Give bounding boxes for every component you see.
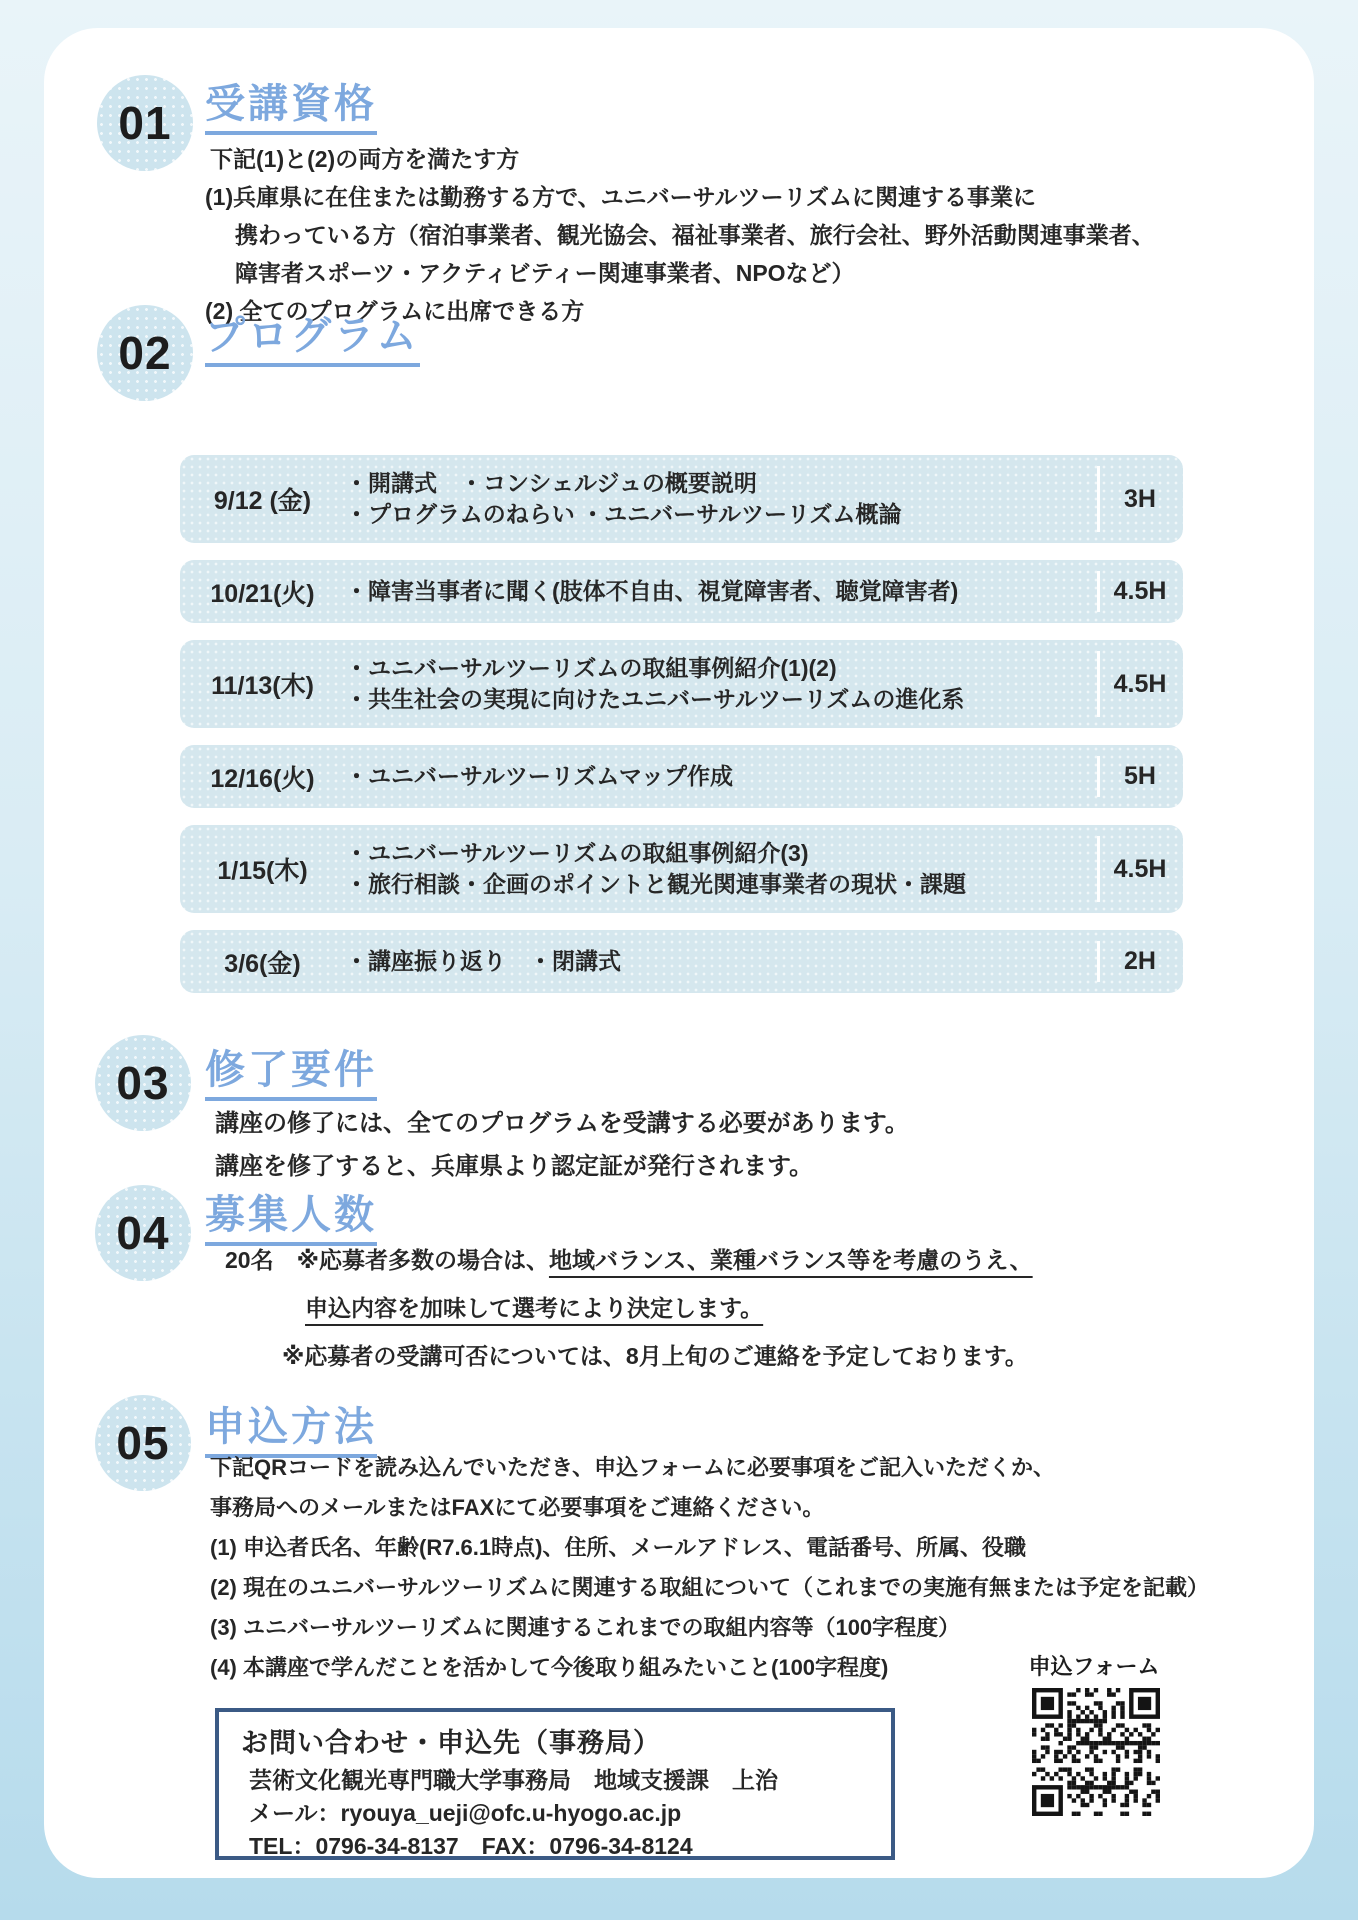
contact-email: メール：ryouya_ueji@ofc.u-hyogo.ac.jp xyxy=(241,1797,891,1830)
section-03-title: 修了要件 xyxy=(205,1048,377,1101)
eligibility-line: 携わっている方（宿泊事業者、観光協会、福祉事業者、旅行会社、野外活動関連事業者、 xyxy=(205,216,1275,254)
section-02-title: プログラム xyxy=(205,314,420,367)
apply-line: (1) 申込者氏名、年齢(R7.6.1時点)、住所、メールアドレス、電話番号、所… xyxy=(210,1528,1290,1568)
completion-line: 講座を修了すると、兵庫県より認定証が発行されます。 xyxy=(215,1145,1265,1188)
section-03-body: 講座の修了には、全てのプログラムを受講する必要があります。 講座を修了すると、兵… xyxy=(215,1102,1265,1188)
program-content: ・開講式 ・コンシェルジュの概要説明 ・プログラムのねらい ・ユニバーサルツーリ… xyxy=(345,468,1097,530)
capacity-underlined: 地域バランス、業種バランス等を考慮のうえ、 xyxy=(549,1247,1033,1273)
program-content-line: ・障害当事者に聞く(肢体不自由、視覚障害者、聴覚障害者) xyxy=(345,576,1097,607)
section-01-number-badge: 01 xyxy=(97,75,193,171)
section-04-number-badge: 04 xyxy=(95,1185,191,1281)
program-date: 12/16(火) xyxy=(180,759,345,795)
contact-box: お問い合わせ・申込先（事務局） 芸術文化観光専門職大学事務局 地域支援課 上治 … xyxy=(215,1708,895,1860)
program-content: ・障害当事者に聞く(肢体不自由、視覚障害者、聴覚障害者) xyxy=(345,576,1097,607)
program-table: 9/12 (金) ・開講式 ・コンシェルジュの概要説明 ・プログラムのねらい ・… xyxy=(180,455,1183,1010)
section-04-body: 20名 ※応募者多数の場合は、地域バランス、業種バランス等を考慮のうえ、 申込内… xyxy=(225,1246,1033,1389)
eligibility-line: 障害者スポーツ・アクティビティー関連事業者、NPOなど） xyxy=(205,254,1275,292)
program-content-line: ・共生社会の実現に向けたユニバーサルツーリズムの進化系 xyxy=(345,684,1097,715)
apply-line: 事務局へのメールまたはFAXにて必要事項をご連絡ください。 xyxy=(210,1488,1290,1528)
section-03-number-badge: 03 xyxy=(95,1035,191,1131)
program-content: ・ユニバーサルツーリズムの取組事例紹介(1)(2) ・共生社会の実現に向けたユニ… xyxy=(345,653,1097,715)
program-date: 9/12 (金) xyxy=(180,481,345,517)
capacity-prefix: 20名 ※応募者多数の場合は、 xyxy=(225,1247,549,1273)
section-02-number-badge: 02 xyxy=(97,305,193,401)
program-row: 10/21(火) ・障害当事者に聞く(肢体不自由、視覚障害者、聴覚障害者) 4.… xyxy=(180,560,1183,623)
apply-line: (3) ユニバーサルツーリズムに関連するこれまでの取組内容等（100字程度） xyxy=(210,1608,1290,1648)
section-01-title: 受講資格 xyxy=(205,82,377,135)
program-content: ・講座振り返り ・閉講式 xyxy=(345,946,1097,977)
completion-line: 講座の修了には、全てのプログラムを受講する必要があります。 xyxy=(215,1102,1265,1145)
program-row: 11/13(木) ・ユニバーサルツーリズムの取組事例紹介(1)(2) ・共生社会… xyxy=(180,640,1183,728)
contact-org: 芸術文化観光専門職大学事務局 地域支援課 上治 xyxy=(241,1764,891,1797)
flyer-card: 01 受講資格 下記(1)と(2)の両方を満たす方 (1)兵庫県に在住または勤務… xyxy=(44,28,1314,1878)
capacity-line: 申込内容を加味して選考により決定します。 xyxy=(305,1294,1033,1323)
apply-line: (2) 現在のユニバーサルツーリズムに関連する取組について（これまでの実施有無ま… xyxy=(210,1568,1290,1608)
program-content-line: ・ユニバーサルツーリズムの取組事例紹介(1)(2) xyxy=(345,653,1097,684)
capacity-line: ※応募者の受講可否については、8月上旬のご連絡を予定しております。 xyxy=(282,1342,1033,1371)
program-content-line: ・旅行相談・企画のポイントと観光関連事業者の現状・課題 xyxy=(345,869,1097,900)
program-content-line: ・開講式 ・コンシェルジュの概要説明 xyxy=(345,468,1097,499)
section-02-number: 02 xyxy=(118,326,171,380)
program-row: 9/12 (金) ・開講式 ・コンシェルジュの概要説明 ・プログラムのねらい ・… xyxy=(180,455,1183,543)
section-04-number: 04 xyxy=(116,1206,169,1260)
program-date: 11/13(木) xyxy=(180,666,345,702)
section-05-number-badge: 05 xyxy=(95,1395,191,1491)
contact-title: お問い合わせ・申込先（事務局） xyxy=(241,1721,891,1760)
program-content-line: ・ユニバーサルツーリズムの取組事例紹介(3) xyxy=(345,838,1097,869)
program-hours: 4.5H xyxy=(1097,640,1183,728)
apply-line: 下記QRコードを読み込んでいただき、申込フォームに必要事項をご記入いただくか、 xyxy=(210,1448,1290,1488)
program-hours: 3H xyxy=(1097,455,1183,543)
section-01-number: 01 xyxy=(118,96,171,150)
program-row: 1/15(木) ・ユニバーサルツーリズムの取組事例紹介(3) ・旅行相談・企画の… xyxy=(180,825,1183,913)
program-content: ・ユニバーサルツーリズムの取組事例紹介(3) ・旅行相談・企画のポイントと観光関… xyxy=(345,838,1097,900)
program-date: 1/15(木) xyxy=(180,851,345,887)
program-hours: 2H xyxy=(1097,930,1183,993)
section-01-body: 下記(1)と(2)の両方を満たす方 (1)兵庫県に在住または勤務する方で、ユニバ… xyxy=(205,140,1275,330)
program-content-line: ・講座振り返り ・閉講式 xyxy=(345,946,1097,977)
section-03-number: 03 xyxy=(116,1056,169,1110)
program-content-line: ・プログラムのねらい ・ユニバーサルツーリズム概論 xyxy=(345,499,1097,530)
section-04-title: 募集人数 xyxy=(205,1193,377,1246)
program-hours: 5H xyxy=(1097,745,1183,808)
apply-form-label: 申込フォーム xyxy=(999,1650,1189,1681)
program-row: 12/16(火) ・ユニバーサルツーリズムマップ作成 5H xyxy=(180,745,1183,808)
program-date: 10/21(火) xyxy=(180,574,345,610)
eligibility-line: 下記(1)と(2)の両方を満たす方 xyxy=(205,140,1275,178)
program-hours: 4.5H xyxy=(1097,560,1183,623)
program-row: 3/6(金) ・講座振り返り ・閉講式 2H xyxy=(180,930,1183,993)
program-content: ・ユニバーサルツーリズムマップ作成 xyxy=(345,761,1097,792)
program-hours: 4.5H xyxy=(1097,825,1183,913)
contact-tel: TEL：0796-34-8137 FAX：0796-34-8124 xyxy=(241,1830,891,1863)
flyer-page: { "colors": { "heading_blue": "#7da8de",… xyxy=(0,0,1358,1920)
eligibility-line: (1)兵庫県に在住または勤務する方で、ユニバーサルツーリズムに関連する事業に xyxy=(205,178,1275,216)
program-content-line: ・ユニバーサルツーリズムマップ作成 xyxy=(345,761,1097,792)
program-date: 3/6(金) xyxy=(180,944,345,980)
section-05-number: 05 xyxy=(116,1416,169,1470)
capacity-line: 20名 ※応募者多数の場合は、地域バランス、業種バランス等を考慮のうえ、 xyxy=(225,1246,1033,1275)
qr-code xyxy=(1032,1688,1160,1816)
